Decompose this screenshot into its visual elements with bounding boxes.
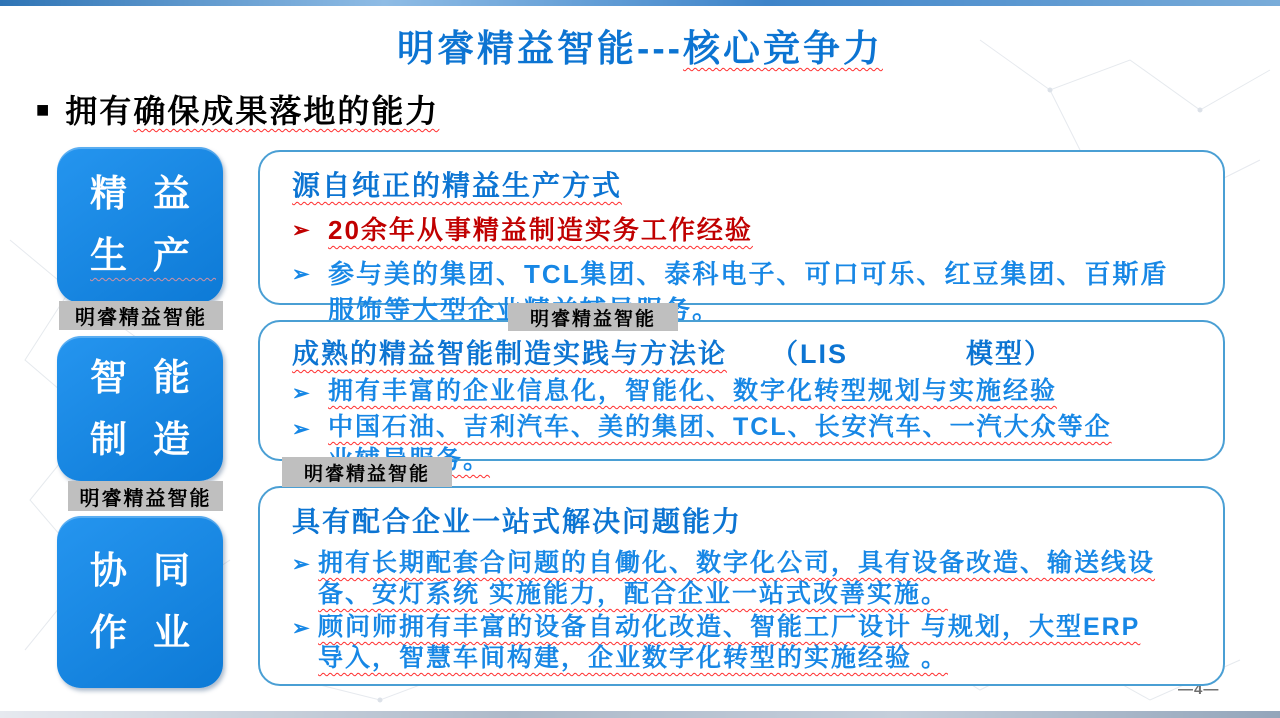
brand-tag: 明睿精益智能 bbox=[282, 457, 452, 487]
pillar-smart-manufacturing: 智能 制造 bbox=[57, 336, 223, 481]
pillar-label-line: 作业 bbox=[90, 602, 216, 664]
card-heading: 具有配合企业一站式解决问题能力 bbox=[292, 500, 1197, 540]
slide-canvas: 明睿精益智能---核心竞争力 ■拥有确保成果落地的能力 精益 生产 明睿精益智能… bbox=[0, 0, 1280, 718]
pillar-collaborative-operation: 协同 作业 bbox=[57, 516, 223, 688]
arrow-bullet-icon: ➢ bbox=[292, 612, 318, 644]
card-methodology-lis-model: 成熟的精益智能制造实践与方法论（LIS模型） ➢ 拥有丰富的企业信息化，智能化、… bbox=[258, 320, 1225, 461]
section-heading-highlight: 确保成果落地的能力 bbox=[133, 93, 439, 129]
top-border-bar bbox=[0, 0, 1280, 6]
slide-title: 明睿精益智能---核心竞争力 bbox=[0, 18, 1280, 72]
bullet-text: 参与美的集团、TCL集团、泰科电子、可口可乐、红豆集团、百斯盾服饰等大型企业精益… bbox=[328, 256, 1173, 328]
slide-title-highlight: 核心竞争力 bbox=[683, 28, 883, 69]
bullet-text: 顾问师拥有丰富的设备自动化改造、智能工厂设计 与规划，大型ERP导入，智慧车间构… bbox=[318, 612, 1166, 674]
bullet-text: 拥有长期配套合问题的自働化、数字化公司，具有设备改造、输送线设备、安灯系统 实施… bbox=[318, 548, 1166, 610]
list-item: ➢ 拥有丰富的企业信息化，智能化、数字化转型规划与实施经验 bbox=[292, 375, 1197, 411]
card-heading-suffix: （LIS bbox=[771, 339, 848, 369]
card-heading-text: 成熟的精益智能制造实践与方法论 bbox=[292, 339, 727, 369]
brand-tag: 明睿精益智能 bbox=[508, 303, 678, 331]
section-heading: ■拥有确保成果落地的能力 bbox=[36, 86, 439, 132]
list-item: ➢ 顾问师拥有丰富的设备自动化改造、智能工厂设计 与规划，大型ERP导入，智慧车… bbox=[292, 612, 1197, 674]
card-one-stop-solution: 具有配合企业一站式解决问题能力 ➢ 拥有长期配套合问题的自働化、数字化公司，具有… bbox=[258, 486, 1225, 686]
pillar-label-line: 协同 bbox=[90, 540, 216, 602]
pillar-label-line: 生产 bbox=[90, 225, 216, 287]
card-heading: 成熟的精益智能制造实践与方法论（LIS模型） bbox=[292, 332, 1197, 371]
brand-tag: 明睿精益智能 bbox=[59, 301, 223, 330]
bottom-border-bar bbox=[0, 711, 1280, 718]
card-lean-production-method: 源自纯正的精益生产方式 ➢ 20余年从事精益制造实务工作经验 ➢ 参与美的集团、… bbox=[258, 150, 1225, 305]
arrow-bullet-icon: ➢ bbox=[292, 212, 328, 248]
square-bullet-icon: ■ bbox=[36, 97, 51, 122]
arrow-bullet-icon: ➢ bbox=[292, 375, 328, 411]
section-heading-text: 拥有 bbox=[65, 93, 133, 129]
bullet-text: 20余年从事精益制造实务工作经验 bbox=[328, 212, 753, 248]
pillar-label-line: 智能 bbox=[90, 347, 216, 409]
bullet-text: 拥有丰富的企业信息化，智能化、数字化转型规划与实施经验 bbox=[328, 375, 1057, 408]
list-item: ➢ 20余年从事精益制造实务工作经验 bbox=[292, 212, 1197, 248]
list-item: ➢ 参与美的集团、TCL集团、泰科电子、可口可乐、红豆集团、百斯盾服饰等大型企业… bbox=[292, 256, 1197, 328]
arrow-bullet-icon: ➢ bbox=[292, 411, 328, 447]
arrow-bullet-icon: ➢ bbox=[292, 548, 318, 580]
card-heading-suffix: 模型） bbox=[966, 339, 1053, 369]
pillar-lean-production: 精益 生产 bbox=[57, 147, 223, 303]
card-heading-text: 源自纯正的精益生产方式 bbox=[292, 170, 622, 201]
card-heading: 源自纯正的精益生产方式 bbox=[292, 164, 1197, 204]
pillar-label-line: 精益 bbox=[90, 163, 216, 225]
list-item: ➢ 拥有长期配套合问题的自働化、数字化公司，具有设备改造、输送线设备、安灯系统 … bbox=[292, 548, 1197, 610]
brand-tag: 明睿精益智能 bbox=[68, 481, 223, 511]
arrow-bullet-icon: ➢ bbox=[292, 256, 328, 292]
pillar-label-line: 制造 bbox=[90, 409, 216, 471]
slide-title-text: 明睿精益智能--- bbox=[397, 28, 683, 69]
card-heading-text: 具有配合企业一站式解决问题能力 bbox=[292, 506, 742, 537]
